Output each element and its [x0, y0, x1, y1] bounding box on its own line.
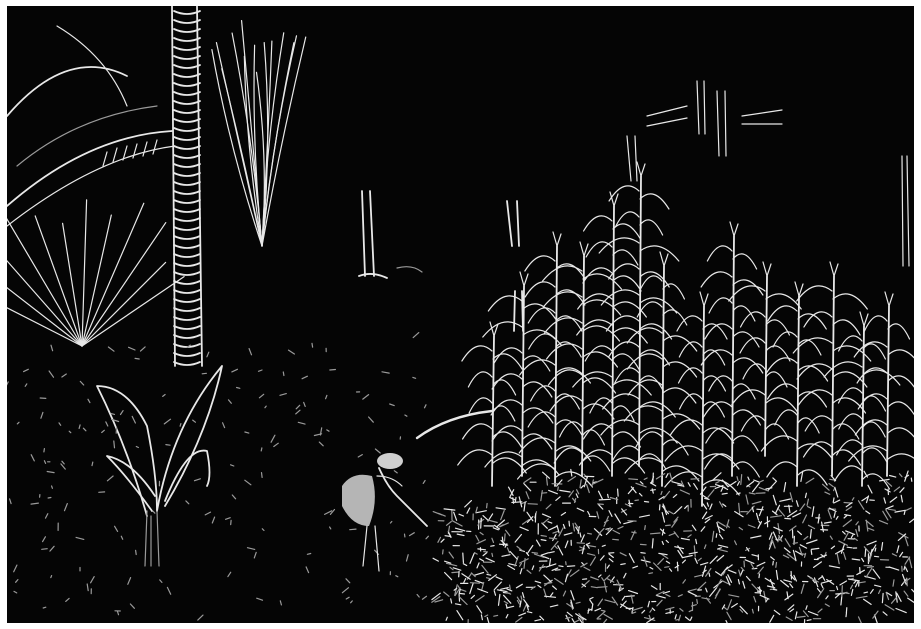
illustration-frame	[7, 6, 914, 623]
maize-stand	[458, 162, 914, 506]
crouching-figure	[342, 453, 427, 571]
palm-fronds	[7, 26, 175, 226]
undergrowth	[7, 333, 914, 623]
agave-plant-left	[7, 200, 184, 346]
jungle-garden-illustration	[7, 6, 914, 623]
broadleaf-plant	[97, 366, 222, 566]
tree-stumps	[359, 81, 909, 331]
palm-trunk	[172, 6, 202, 366]
agave-plant-upper	[212, 21, 306, 246]
